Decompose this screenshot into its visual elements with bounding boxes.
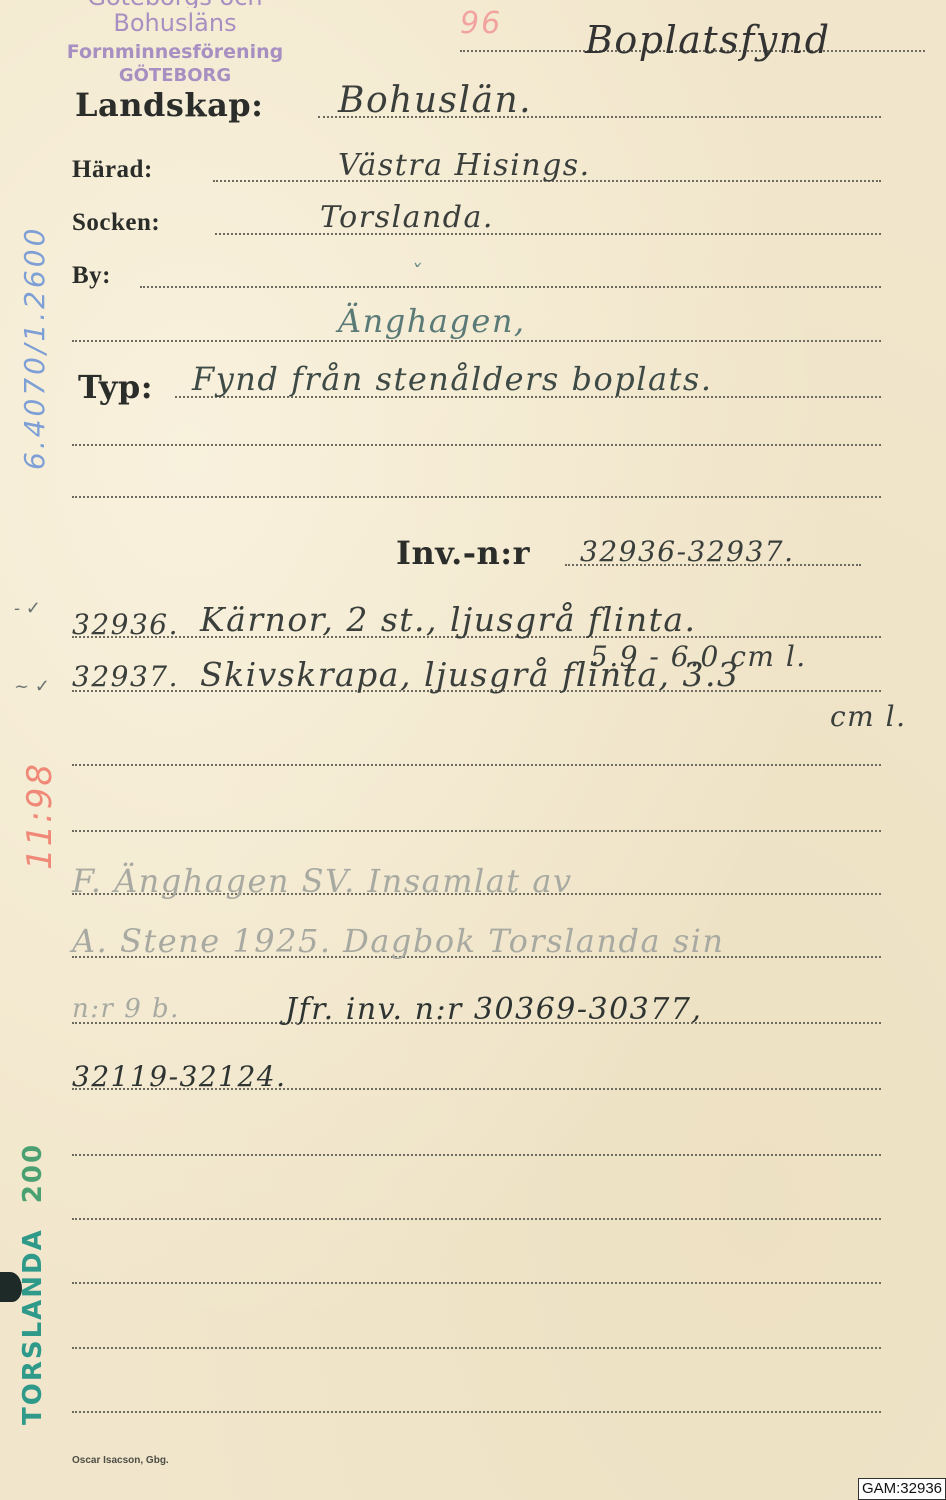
item-2-check: ~ ✓ [14, 676, 50, 697]
green-stamp-place: TORSLANDA [18, 1228, 48, 1425]
by-value: Änghagen, [338, 302, 526, 340]
stamp-line-3: Fornminnesförening [55, 38, 295, 66]
socken-line [215, 233, 881, 235]
item-1-text: Kärnor, 2 st., ljusgrå flinta. [200, 600, 697, 639]
harad-label: Härad: [72, 156, 153, 184]
stamp-line-2: Bohusläns [55, 8, 295, 38]
blank-line-6 [72, 1218, 881, 1220]
by-mark: ˇ [410, 262, 423, 287]
item-2-continuation: cm l. [830, 700, 907, 733]
inventory-value: 32936-32937. [580, 535, 795, 568]
landskap-label: Landskap: [75, 86, 263, 124]
typ-label: Typ: [78, 368, 153, 406]
blank-line-8 [72, 1347, 881, 1349]
inventory-label: Inv.-n:r [396, 534, 530, 572]
note-ink-3: Jfr. inv. n:r 30369-30377, [285, 992, 702, 1027]
stamp-line-1: Göteborgs och [55, 0, 295, 8]
green-stamp-number: 200 [18, 1143, 48, 1203]
item-2-text: Skivskrapa, ljusgrå flinta, 3.3 [200, 655, 739, 694]
harad-value: Västra Hisings. [338, 148, 591, 183]
stamp-line-4: GÖTEBORG [55, 66, 295, 86]
blue-margin-note: 6.4070/1.2600 [18, 226, 51, 470]
landskap-value: Bohuslän. [338, 80, 532, 121]
socken-value: Torslanda. [320, 200, 494, 235]
note-pencil-2: A. Stene 1925. Dagbok Torslanda sin [72, 922, 724, 960]
blank-line-9 [72, 1411, 881, 1413]
blank-line-1 [72, 444, 881, 446]
blank-line-3 [72, 764, 881, 766]
note-ink-4: 32119-32124. [72, 1060, 287, 1093]
by-label: By: [72, 262, 111, 290]
category-value: Boplatsfynd [585, 18, 831, 62]
note-pencil-3: n:r 9 b. [72, 994, 180, 1024]
blank-line-2 [72, 496, 881, 498]
blank-line-7 [72, 1282, 881, 1284]
item-1-number: 32936. [72, 608, 179, 641]
note-pencil-1: F. Änghagen SV. Insamlat av [72, 862, 573, 900]
green-place-stamp: TORSLANDA 200 [18, 1143, 48, 1425]
printer-imprint: Oscar Isacson, Gbg. [72, 1455, 169, 1466]
by-line [140, 286, 881, 288]
blank-line-4 [72, 830, 881, 832]
item-2-number: 32937. [72, 660, 179, 693]
society-stamp: Göteborgs och Bohusläns Fornminnesföreni… [55, 0, 295, 86]
catalog-id-badge: GAM:32936 [858, 1478, 946, 1500]
red-card-number: 96 [460, 6, 502, 41]
ink-blot [0, 1272, 22, 1302]
by-line-2 [72, 340, 881, 342]
item-1-check: - ✓ [14, 598, 41, 619]
typ-value: Fynd från stenålders boplats. [192, 360, 713, 398]
red-margin-note: 11:98 [20, 762, 60, 870]
blank-line-5 [72, 1154, 881, 1156]
socken-label: Socken: [72, 209, 160, 237]
